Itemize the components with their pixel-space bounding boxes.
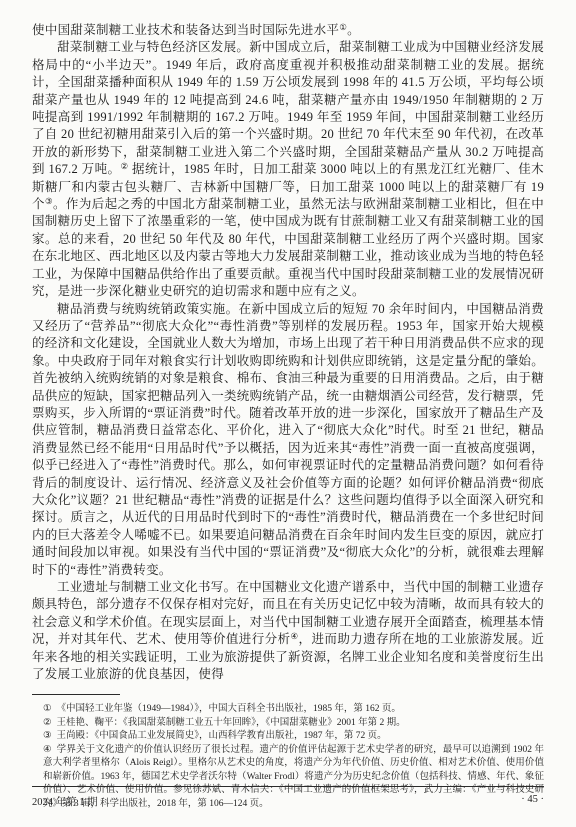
text-run: 。作为后起之秀的中国北方甜菜制糖工业，虽然无法与欧洲甜菜制糖工业相比，但在中国制… [32,197,544,298]
footnote-ref: ① [339,22,347,32]
footnote-separator [32,694,120,695]
footnote-text: 《中国轻工业年鉴（1949—1984）》，中国大百科全书出版社，1985 年，第… [57,704,401,714]
text-run: 甜菜制糖工业与特色经济区发展。新中国成立后，甜菜制糖工业成为中国糖业经济发展格局… [32,40,544,176]
footnote-text: 王尚殿：《中国食品工业发展简史》，山西科学教育出版社，1987 年，第 72 页… [57,731,387,741]
footnote-ref: ③ [45,196,53,206]
page-footer: 2024 年第 1 期 · 45 · [32,786,544,809]
journal-page: 使中国甜菜制糖工业技术和装备达到当时国际先进水平①。甜菜制糖工业与特色经济区发展… [0,0,576,827]
footnote: ③王尚殿：《中国食品工业发展简史》，山西科学教育出版社，1987 年，第 72 … [43,730,544,744]
page-content: 使中国甜菜制糖工业技术和装备达到当时国际先进水平①。甜菜制糖工业与特色经济区发展… [0,0,576,811]
footnote-marker: ① [43,704,52,714]
paragraph: 甜菜制糖工业与特色经济区发展。新中国成立后，甜菜制糖工业成为中国糖业经济发展格局… [32,39,544,300]
footnote: ①《中国轻工业年鉴（1949—1984）》，中国大百科全书出版社，1985 年，… [43,703,544,717]
footer-issue: 2024 年第 1 期 [32,794,98,809]
paragraph: 工业遗址与制糖工业文化书写。在中国糖业文化遗产谱系中，当代中国的制糖工业遗存颇具… [32,579,544,683]
footnote: ②王桂艳、鞠平：《我国甜菜制糖工业五十年回眸》，《中国甜菜糖业》2001 年第 … [43,717,544,731]
text-run: 。 [347,23,360,37]
article-body: 使中国甜菜制糖工业技术和装备达到当时国际先进水平①。甜菜制糖工业与特色经济区发展… [32,22,544,683]
paragraph: 使中国甜菜制糖工业技术和装备达到当时国际先进水平①。 [32,22,544,39]
footnote-ref: ② [120,161,128,171]
footnote-marker: ② [43,718,52,728]
footnote-ref: ④ [291,631,299,641]
footer-page-number: · 45 · [521,794,544,809]
footnote-text: 王桂艳、鞠平：《我国甜菜制糖工业五十年回眸》，《中国甜菜糖业》2001 年第 2… [57,718,406,728]
paragraph: 糖品消费与统购统销政策实施。在新中国成立后的短短 70 余年时间内，中国糖品消费… [32,301,544,580]
text-run: 糖品消费与统购统销政策实施。在新中国成立后的短短 70 余年时间内，中国糖品消费… [32,302,544,577]
text-run: 使中国甜菜制糖工业技术和装备达到当时国际先进水平 [32,23,339,37]
footnote-marker: ④ [43,745,52,755]
footnote-marker: ③ [43,731,52,741]
